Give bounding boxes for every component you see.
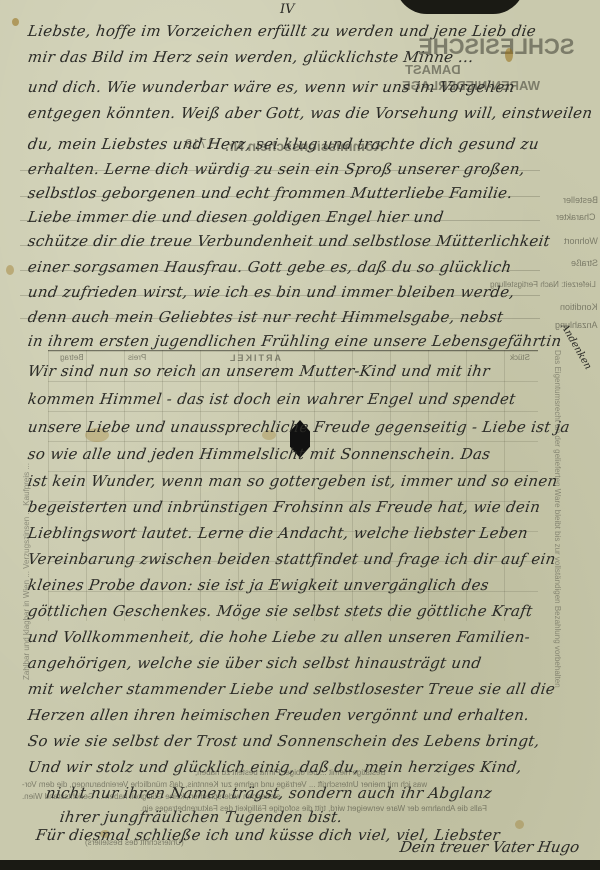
rust-stain: [505, 48, 513, 62]
letter-line: in ihrem ersten jugendlichen Frühling ei…: [27, 332, 563, 350]
letter-line: angehörigen, welche sie über sich selbst…: [27, 654, 483, 672]
letter-line: Lieblingswort lautet. Lerne die Andacht,…: [27, 524, 529, 542]
letter-line: Wir sind nun so reich an unserem Mutter-…: [27, 362, 491, 380]
table-header-stueck: Stück: [510, 353, 530, 362]
letter-line: mit welcher stammender Liebe und selbstl…: [27, 680, 557, 698]
letter-line: entgegen könnten. Weiß aber Gott, was di…: [27, 104, 594, 122]
letter-line: ist kein Wunder, wenn man so gottergeben…: [27, 472, 559, 490]
letter-line: du, mein Liebstes und Herz, sei klug und…: [27, 135, 540, 153]
table-header-preis: Preis: [128, 353, 146, 362]
form-label-kondition: Kondition: [560, 302, 598, 312]
letter-line: erhalten. Lerne dich würdig zu sein ein …: [27, 160, 526, 178]
letter-line: kleines Probe davon: sie ist ja Ewigkeit…: [27, 576, 490, 594]
letter-line: und zufrieden wirst, wie ich es bin und …: [27, 283, 516, 301]
letter-line: einer sorgsamen Hausfrau. Gott gebe es, …: [27, 258, 513, 276]
table-header-betrag: Betrag: [60, 353, 84, 362]
letter-signature: Dein treuer Vater Hugo: [398, 838, 580, 856]
scan-border: [0, 860, 600, 870]
right-margin-print: Das Eigentumsrecht an der gelieferten Wa…: [553, 350, 562, 688]
letter-line: mir das Bild im Herz sein werden, glückl…: [27, 48, 475, 66]
letter-line: So wie sie selbst der Trost und Sonnensc…: [27, 732, 541, 750]
letter-line: denn auch mein Geliebtes ist nur recht H…: [27, 308, 505, 326]
letter-line: begeisterten und inbrünstigen Frohsinn a…: [27, 498, 542, 516]
letter-line: und dich. Wie wunderbar wäre es, wenn wi…: [27, 78, 516, 96]
form-label-wohnort: Wohnort: [564, 236, 598, 246]
letter-line: nicht nur ihren Namen trägst, sondern au…: [45, 784, 493, 802]
letter-line: Herzen allen ihren heimischen Freuden ve…: [27, 706, 531, 724]
letter-line: göttlichen Geschenkes. Möge sie selbst s…: [27, 602, 534, 620]
form-label-strasse: Straße: [571, 258, 598, 268]
rust-stain: [12, 18, 19, 26]
torn-paper-edge: [395, 0, 525, 14]
letter-line: selbstlos geborgenen und echt frommen Mu…: [27, 184, 514, 202]
letter-line: ihrer jungfräulichen Tugenden bist.: [59, 808, 344, 826]
letter-line: Vereinbarung zwischen beiden stattfindet…: [27, 550, 557, 568]
rust-stain: [6, 265, 14, 275]
letter-line: kommen Himmel - das ist doch ein wahrer …: [27, 390, 517, 408]
letter-line: und Vollkommenheit, die hohe Liebe zu al…: [27, 628, 532, 646]
form-label-charakter: Charakter: [556, 212, 596, 222]
rust-stain: [515, 820, 524, 829]
letter-line: unsere Liebe und unaussprechliche Freude…: [27, 418, 571, 436]
letter-line: so wie alle und jeden Himmelslicht mit S…: [27, 445, 492, 463]
left-margin-print: Zahlbar und klagbar in Wien ... Verzugsz…: [22, 463, 31, 680]
letter-line: Und wir stolz und glücklich einig, daß d…: [27, 758, 523, 776]
letter-line: Liebe immer die und diesen goldigen Enge…: [27, 208, 445, 226]
letter-page: SCHLESISCHE DAMAST WAREN-NIEDERLAGE Komm…: [0, 0, 600, 860]
letter-line: Liebste, hoffe im Vorzeichen erfüllt zu …: [27, 22, 538, 40]
letter-line: schütze dir die treue Verbundenheit und …: [27, 232, 552, 250]
page-number: IV: [280, 2, 295, 17]
form-label-besteller: Besteller: [563, 195, 598, 205]
